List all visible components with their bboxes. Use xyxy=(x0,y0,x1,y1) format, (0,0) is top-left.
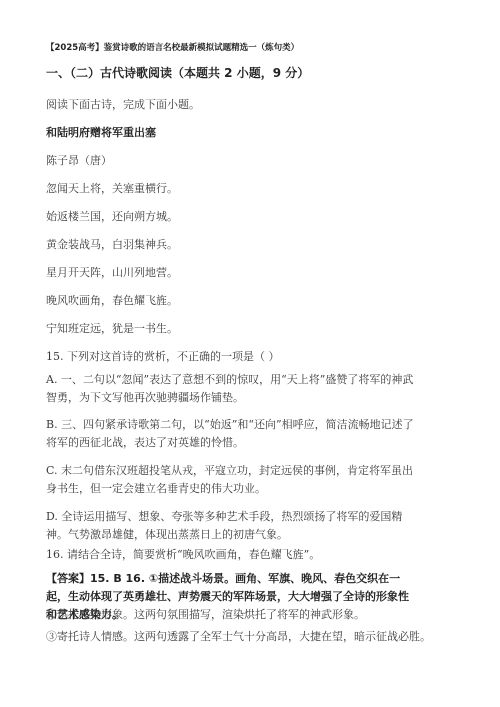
poem-line: 晚风吹画角，春色耀飞旌。 xyxy=(46,292,178,308)
poem-line: 黄金装战马，白羽集神兵。 xyxy=(46,236,178,252)
poem-line: 星月开天阵，山川列地营。 xyxy=(46,264,178,280)
question-15-stem: 15. 下列对这首诗的赏析，不正确的一项是（ ） xyxy=(46,348,280,364)
option-d: D. 全诗运用描写、想象、夸张等多种艺术手段，热烈颂扬了将军的爱国精神。气势激昂… xyxy=(46,508,416,544)
document-header: 【2025高考】鉴赏诗歌的语言名校最新模拟试题精选一（炼句类） xyxy=(46,41,299,53)
poem-author: 陈子昂（唐） xyxy=(46,152,112,168)
poem-line: 宁知班定远，犹是一书生。 xyxy=(46,320,178,336)
option-b: B. 三、四句紧承诗歌第二句，以“始返”和“还向”相呼应，简洁流畅地记述了将军的… xyxy=(46,416,416,452)
question-16-stem: 16. 请结合全诗，简要赏析“晚风吹画角，春色耀飞旌”。 xyxy=(46,546,320,562)
answer-point-2: ②烘托人物形象。这两句氛围描写，渲染烘托了将军的神武形象。 xyxy=(46,606,365,622)
answer-point-3: ③寄托诗人情感。这两句透露了全军士气十分高昂，大捷在望，暗示征战必胜。 xyxy=(46,628,431,644)
poem-title: 和陆明府赠将军重出塞 xyxy=(46,124,156,140)
instruction: 阅读下面古诗，完成下面小题。 xyxy=(46,96,200,112)
section-title: 一、（二）古代诗歌阅读（本题共 2 小题，9 分） xyxy=(46,64,309,81)
poem-line: 始返楼兰国，还向朔方城。 xyxy=(46,208,178,224)
option-a: A. 一、二句以“忽闻”表达了意想不到的惊叹，用“天上将”盛赞了将军的神武智勇，… xyxy=(46,371,416,407)
poem-line: 忽闻天上将，关塞重横行。 xyxy=(46,180,178,196)
option-c: C. 末二句借东汉班超投笔从戎，平寇立功，封定远侯的事例，肯定将军虽出身书生，但… xyxy=(46,462,416,498)
